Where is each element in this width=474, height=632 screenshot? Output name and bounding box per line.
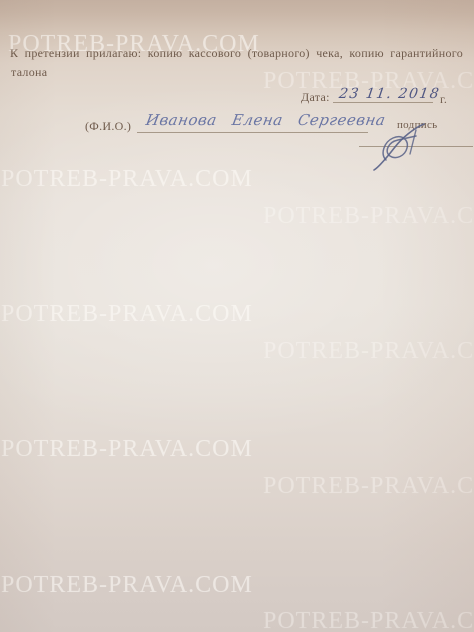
attachments-paragraph-line1: К претензии прилагаю: копию кассового (т… [10,46,463,61]
watermark-text: POTREB-PRAVA.COM [263,608,474,632]
watermark-text: POTREB-PRAVA.COM [263,338,474,365]
watermark-text: POTREB-PRAVA.COM [263,203,474,230]
date-label: Дата: [301,90,330,105]
watermark-text: POTREB-PRAVA.COM [263,473,474,500]
date-handwritten-value: 23 11. 2018 [338,86,441,102]
date-blank-line [333,102,433,103]
attachments-paragraph-line2: талона [11,65,47,80]
watermark-text: POTREB-PRAVA.COM [1,301,253,328]
watermark-text: POTREB-PRAVA.COM [263,68,474,95]
watermark-text: POTREB-PRAVA.COM [1,436,253,463]
date-year-suffix: г. [440,92,447,107]
signature-blank-line [359,146,473,147]
fio-label: (Ф.И.О.) [85,119,131,134]
claim-document-photo: POTREB-PRAVA.COM POTREB-PRAVA.COM POTREB… [0,0,474,632]
watermark-text: POTREB-PRAVA.COM [1,166,253,193]
fio-blank-line [137,132,368,133]
signature-label: подпись [397,119,437,131]
fio-handwritten-value: Иванова Елена Сергеевна [144,111,387,129]
watermark-text: POTREB-PRAVA.COM [1,572,253,599]
